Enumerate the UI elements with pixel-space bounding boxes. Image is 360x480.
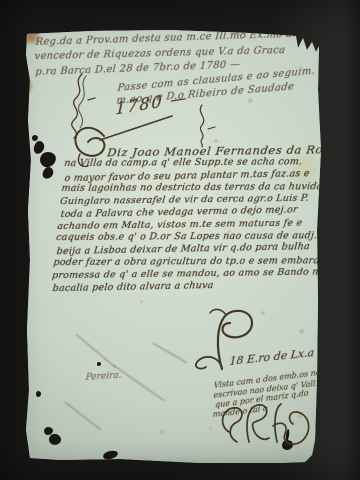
ink-blot (39, 151, 57, 169)
foxing-speck (160, 430, 164, 434)
ink-blot (97, 362, 101, 366)
squiggle-flourish (190, 103, 216, 149)
foxing-speck (248, 98, 253, 103)
foxing-speck (140, 300, 143, 303)
foxing-speck (299, 329, 304, 334)
manuscript-page: Reg.da a Prov.am desta sua m.ce Ill.mo E… (0, 0, 360, 480)
crease-mark (76, 333, 117, 368)
handwritten-line: poder fazer a obra agricultura do tp.o e… (53, 255, 360, 270)
petition-text: Diz Joao Manoel Fernandes da Rocha m.or … (50, 143, 360, 295)
crease-mark (152, 342, 187, 363)
paraph-scribble-flourish (62, 70, 96, 142)
foxing-speck (261, 311, 265, 315)
dateline: 18 E.ro de Lx.a 8 (229, 345, 325, 368)
paper-stain (24, 80, 33, 92)
ink-blot (36, 391, 41, 397)
ink-blot (41, 165, 55, 180)
ink-blot (47, 432, 62, 446)
crease-mark (64, 401, 101, 431)
handwritten-line: mais lagoinhas no destricto das terras d… (61, 181, 360, 196)
margin-note: Pereira. (85, 370, 122, 383)
foxing-speck (214, 139, 218, 143)
photo-background: Reg.da a Prov.am desta sua m.ce Ill.mo E… (0, 0, 360, 480)
foxing-speck (209, 427, 212, 430)
ink-blot (102, 450, 118, 461)
closing-note: Vista cam a dos emb.os no escrivao nao d… (213, 367, 332, 420)
foxing-speck (298, 414, 302, 418)
ink-blot (282, 440, 293, 450)
